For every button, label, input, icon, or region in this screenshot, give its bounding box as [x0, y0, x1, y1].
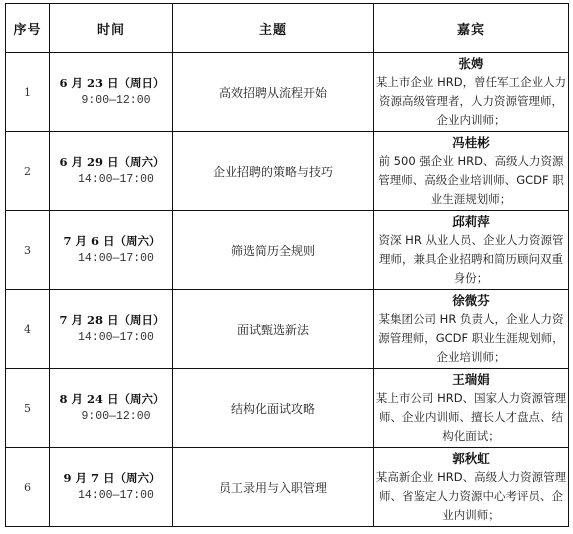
time-cell: 7 月 28 日（周日） 14:00—17:00 [50, 290, 173, 369]
session-date: 7 月 6 日（周六） [50, 233, 172, 250]
session-topic: 结构化面试攻略 [173, 369, 374, 448]
session-hours: 14:00—17:00 [50, 250, 172, 267]
table-row: 3 7 月 6 日（周六） 14:00—17:00 筛选简历全规则 邱莉萍 资深… [6, 211, 569, 290]
guest-cell: 王瑞娟 某上市公司 HRD、国家人力资源管理师、企业内训师、擅长人才盘点、结构化… [374, 369, 569, 448]
time-cell: 6 月 29 日（周六） 14:00—17:00 [50, 132, 173, 211]
time-cell: 8 月 24 日（周六） 9:00—12:00 [50, 369, 173, 448]
time-cell: 9 月 7 日（周六） 14:00—17:00 [50, 448, 173, 527]
session-hours: 14:00—17:00 [50, 487, 172, 504]
session-topic: 筛选简历全规则 [173, 211, 374, 290]
guest-cell: 张娉 某上市企业 HRD，曾任军工企业人力资源高级管理者，人力资源管理师，企业内… [374, 53, 569, 132]
session-date: 6 月 29 日（周六） [50, 154, 172, 171]
guest-name: 王瑞娟 [374, 371, 568, 389]
session-hours: 9:00—12:00 [50, 92, 172, 109]
guest-name: 邱莉萍 [374, 213, 568, 231]
row-number: 5 [6, 369, 50, 448]
guest-bio: 某集团公司 HR 负责人，企业人力资源管理师，GCDF 职业生涯规划师，企业培训… [374, 310, 568, 367]
table-row: 4 7 月 28 日（周日） 14:00—17:00 面试甄选新法 徐微芬 某集… [6, 290, 569, 369]
table-row: 5 8 月 24 日（周六） 9:00—12:00 结构化面试攻略 王瑞娟 某上… [6, 369, 569, 448]
guest-cell: 冯桂彬 前 500 强企业 HRD、高级人力资源管理师、高级企业培训师、GCDF… [374, 132, 569, 211]
session-date: 6 月 23 日（周日） [50, 75, 172, 92]
guest-bio: 某上市公司 HRD、国家人力资源管理师、企业内训师、擅长人才盘点、结构化面试； [374, 389, 568, 446]
guest-cell: 邱莉萍 资深 HR 从业人员、企业人力资源管理师，兼具企业招聘和简历顾问双重身份… [374, 211, 569, 290]
guest-bio: 某上市企业 HRD，曾任军工企业人力资源高级管理者，人力资源管理师，企业内训师； [374, 73, 568, 130]
row-number: 3 [6, 211, 50, 290]
table-row: 2 6 月 29 日（周六） 14:00—17:00 企业招聘的策略与技巧 冯桂… [6, 132, 569, 211]
guest-name: 徐微芬 [374, 292, 568, 310]
table-row: 6 9 月 7 日（周六） 14:00—17:00 员工录用与入职管理 郭秋虹 … [6, 448, 569, 527]
guest-name: 郭秋虹 [374, 450, 568, 468]
row-number: 1 [6, 53, 50, 132]
guest-name: 张娉 [374, 55, 568, 73]
time-cell: 6 月 23 日（周日） 9:00—12:00 [50, 53, 173, 132]
header-time: 时间 [50, 4, 173, 53]
header-topic: 主题 [173, 4, 374, 53]
header-row: 序号 时间 主题 嘉宾 [6, 4, 569, 53]
session-topic: 企业招聘的策略与技巧 [173, 132, 374, 211]
row-number: 6 [6, 448, 50, 527]
session-topic: 高效招聘从流程开始 [173, 53, 374, 132]
guest-bio: 前 500 强企业 HRD、高级人力资源管理师、高级企业培训师、GCDF 职业生… [374, 152, 568, 209]
guest-name: 冯桂彬 [374, 134, 568, 152]
header-guest: 嘉宾 [374, 4, 569, 53]
guest-bio: 某高新企业 HRD、高级人力资源管理师、省鉴定人力资源中心考评员、企业内训师； [374, 468, 568, 525]
session-date: 7 月 28 日（周日） [50, 312, 172, 329]
session-hours: 14:00—17:00 [50, 171, 172, 188]
schedule-table: 序号 时间 主题 嘉宾 1 6 月 23 日（周日） 9:00—12:00 高效… [5, 3, 569, 527]
session-topic: 面试甄选新法 [173, 290, 374, 369]
session-hours: 9:00—12:00 [50, 408, 172, 425]
time-cell: 7 月 6 日（周六） 14:00—17:00 [50, 211, 173, 290]
row-number: 4 [6, 290, 50, 369]
guest-bio: 资深 HR 从业人员、企业人力资源管理师，兼具企业招聘和简历顾问双重身份； [374, 231, 568, 288]
session-date: 8 月 24 日（周六） [50, 391, 172, 408]
table-row: 1 6 月 23 日（周日） 9:00—12:00 高效招聘从流程开始 张娉 某… [6, 53, 569, 132]
session-date: 9 月 7 日（周六） [50, 470, 172, 487]
row-number: 2 [6, 132, 50, 211]
guest-cell: 徐微芬 某集团公司 HR 负责人，企业人力资源管理师，GCDF 职业生涯规划师，… [374, 290, 569, 369]
guest-cell: 郭秋虹 某高新企业 HRD、高级人力资源管理师、省鉴定人力资源中心考评员、企业内… [374, 448, 569, 527]
header-no: 序号 [6, 4, 50, 53]
session-hours: 14:00—17:00 [50, 329, 172, 346]
session-topic: 员工录用与入职管理 [173, 448, 374, 527]
